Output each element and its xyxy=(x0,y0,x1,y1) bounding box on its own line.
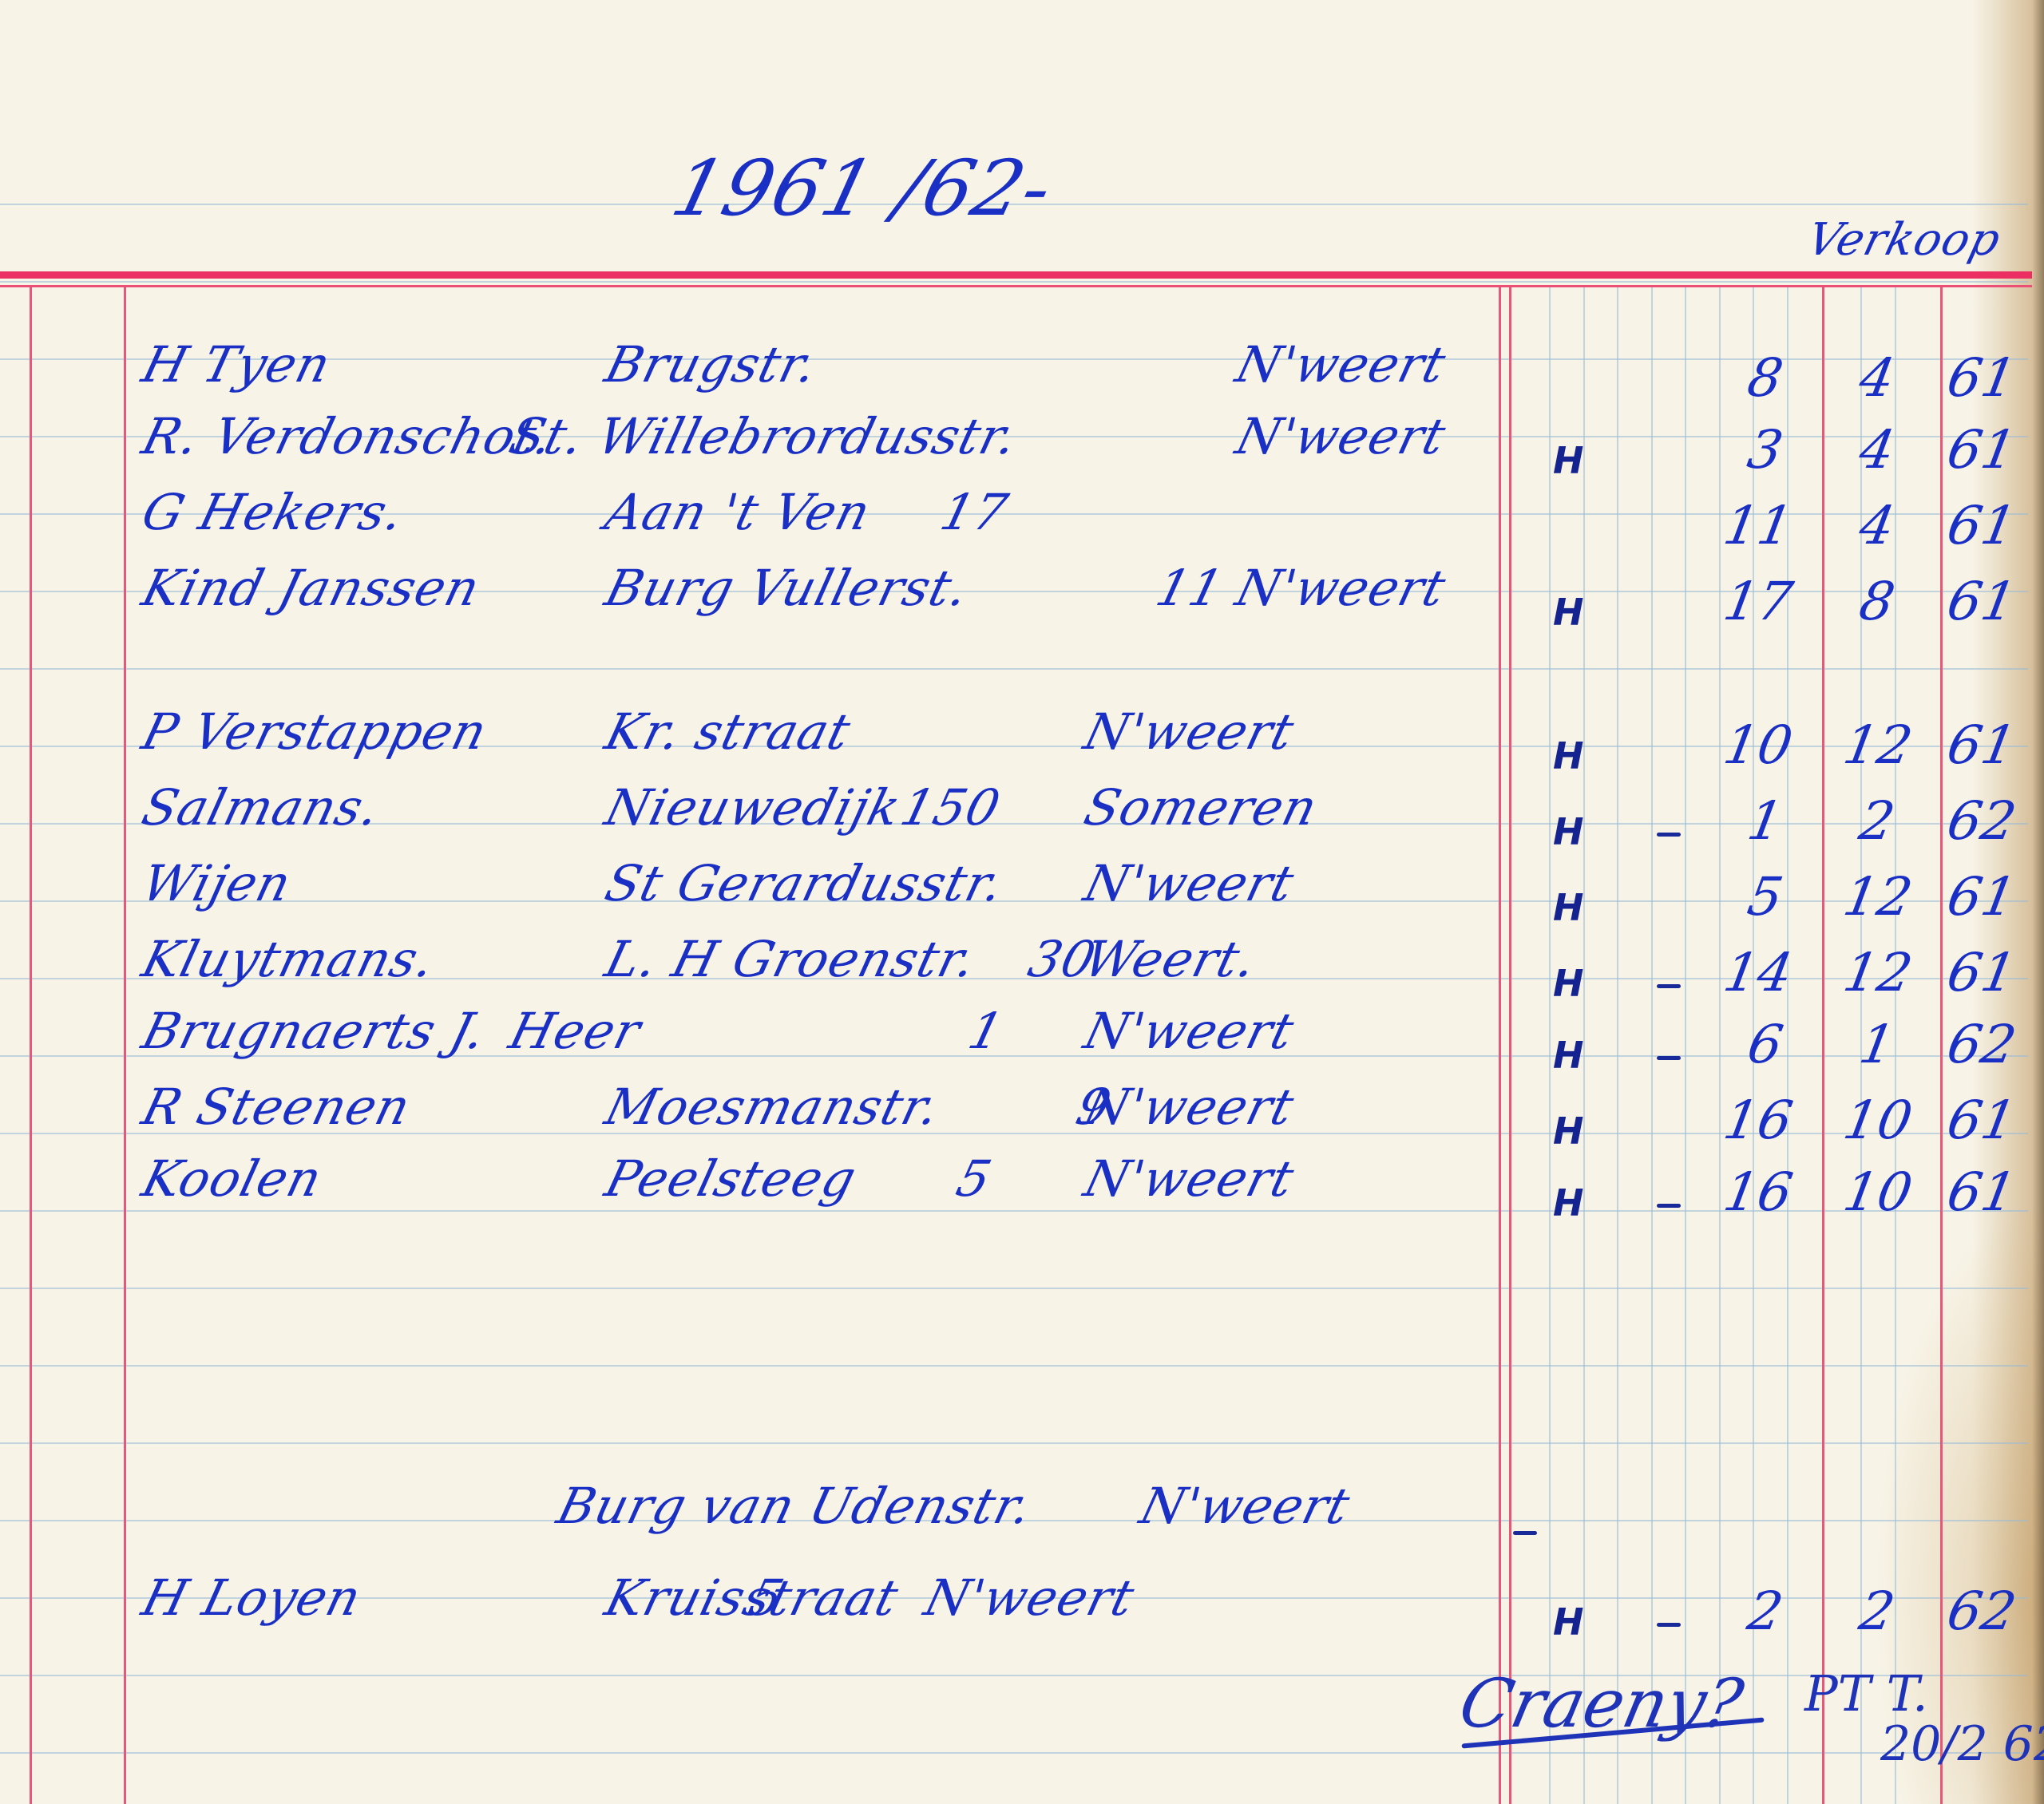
ruled-line xyxy=(0,668,2028,670)
entry-dash xyxy=(1657,833,1681,837)
entry-year: 61 xyxy=(1943,1161,2021,1223)
entry-day: 16 xyxy=(1719,1161,1797,1223)
entry-day: 17 xyxy=(1719,571,1797,632)
ruled-line xyxy=(0,281,2028,283)
entry-year: 62 xyxy=(1943,1014,2021,1075)
entry-name: R Steenen xyxy=(137,1078,417,1136)
entry-town: N'weert xyxy=(919,1569,1141,1627)
grid-line xyxy=(1617,287,1618,1804)
entry-town: N'weert xyxy=(1230,335,1452,394)
entry-mark: H xyxy=(1553,962,1584,1005)
entry-year: 61 xyxy=(1943,714,2021,776)
grid-line xyxy=(1549,287,1551,1804)
entry-street: Brugstr. xyxy=(600,335,823,394)
entry-street: St. Willebrordusstr. xyxy=(504,407,1024,465)
entry-dash xyxy=(1657,1056,1681,1060)
column-heading-verkoop: Verkoop xyxy=(1802,214,2006,266)
entry-name: P Verstappen xyxy=(137,702,493,761)
margin-line xyxy=(1509,287,1511,1804)
entry-name: Brugnaerts J. xyxy=(137,1002,492,1060)
entry-year: 61 xyxy=(1943,866,2021,928)
entry-mark: H xyxy=(1553,734,1584,777)
entry-year: 61 xyxy=(1943,419,2021,481)
signature-date: 20/2 62 xyxy=(1880,1716,2044,1772)
grid-line xyxy=(1651,287,1653,1804)
entry-house-number: 150 xyxy=(895,778,1007,837)
entry-month: 12 xyxy=(1839,942,1917,1003)
entry-month: 10 xyxy=(1839,1090,1917,1151)
entry-day: 10 xyxy=(1719,714,1797,776)
entry-dash xyxy=(1657,1623,1681,1627)
entry-town: Weert. xyxy=(1079,930,1263,988)
ruled-line xyxy=(0,1752,2028,1754)
entry-name: Koolen xyxy=(137,1149,328,1208)
entry-mark: H xyxy=(1553,591,1584,634)
ruled-line xyxy=(0,1442,2028,1444)
entry-town: N'weert xyxy=(1230,407,1452,465)
entry-mark: H xyxy=(1553,439,1584,482)
entry-town: N'weert xyxy=(1079,1002,1301,1060)
entry-year: 62 xyxy=(1943,1580,2021,1642)
entry-mark: H xyxy=(1553,810,1584,853)
entry-town: N'weert xyxy=(1079,702,1301,761)
entry-year: 61 xyxy=(1943,347,2021,409)
entry-year: 61 xyxy=(1943,495,2021,556)
entry-name: H Loyen xyxy=(137,1569,367,1627)
header-rule-thick xyxy=(0,271,2032,279)
ruled-line xyxy=(0,900,2028,902)
entry-year: 62 xyxy=(1943,790,2021,852)
entry-mark: H xyxy=(1553,886,1584,929)
entry-dash xyxy=(1657,984,1681,988)
entry-street: Burg van Udenstr. xyxy=(552,1477,1038,1535)
entry-mark: H xyxy=(1553,1110,1584,1153)
entry-month: 12 xyxy=(1839,714,1917,776)
entry-street: St Gerardusstr. xyxy=(600,854,1009,912)
entry-street: Burg Vullerst. xyxy=(600,559,975,617)
entry-name: R. Verdonschot. xyxy=(137,407,560,465)
entry-name: Kind Janssen xyxy=(137,559,486,617)
entry-mark: H xyxy=(1553,1034,1584,1077)
entry-name: G Hekers. xyxy=(137,483,410,541)
entry-month: 12 xyxy=(1839,866,1917,928)
header-rule-thin xyxy=(0,285,2032,287)
entry-name: Wijen xyxy=(137,854,298,912)
entry-day: 11 xyxy=(1719,495,1797,556)
margin-line xyxy=(124,287,126,1804)
entry-year: 61 xyxy=(1943,571,2021,632)
entry-dash xyxy=(1657,1204,1681,1208)
year-title: 1961 /62- xyxy=(664,144,1062,233)
signature-initials: PT T. xyxy=(1804,1664,1928,1723)
margin-line xyxy=(1499,287,1501,1804)
ruled-line xyxy=(0,1365,2028,1367)
entry-month: 10 xyxy=(1839,1161,1917,1223)
entry-street: Aan 't Ven xyxy=(600,483,877,541)
entry-day: 14 xyxy=(1719,942,1797,1003)
entry-name: Salmans. xyxy=(137,778,386,837)
margin-line xyxy=(1940,287,1943,1804)
entry-mark: H xyxy=(1553,1181,1584,1224)
entry-street: L. H Groenstr. xyxy=(600,930,982,988)
entry-year: 61 xyxy=(1943,1090,2021,1151)
margin-line xyxy=(1822,287,1824,1804)
entry-street: Nieuwedijk xyxy=(600,778,907,837)
entry-name: H Tyen xyxy=(137,335,337,394)
margin-line xyxy=(30,287,32,1804)
ruled-line xyxy=(0,1288,2028,1289)
entry-mark: H xyxy=(1553,1600,1584,1644)
entry-town: Someren xyxy=(1079,778,1324,837)
entry-town: N'weert xyxy=(1079,1149,1301,1208)
entry-street: Peelsteeg xyxy=(600,1149,862,1208)
entry-street: Heer xyxy=(504,1002,647,1060)
entry-street: Kr. straat xyxy=(600,702,857,761)
entry-street: Moesmanstr. xyxy=(600,1078,945,1136)
entry-town: N'weert xyxy=(1079,1078,1301,1136)
entry-dash xyxy=(1513,1531,1537,1535)
entry-year: 61 xyxy=(1943,942,2021,1003)
entry-day: 16 xyxy=(1719,1090,1797,1151)
grid-line xyxy=(1719,287,1721,1804)
entry-town: N'weert xyxy=(1079,854,1301,912)
entry-name: Kluytmans. xyxy=(137,930,441,988)
entry-town: N'weert xyxy=(1135,1477,1357,1535)
grid-line xyxy=(1685,287,1686,1804)
entry-town: N'weert xyxy=(1230,559,1452,617)
